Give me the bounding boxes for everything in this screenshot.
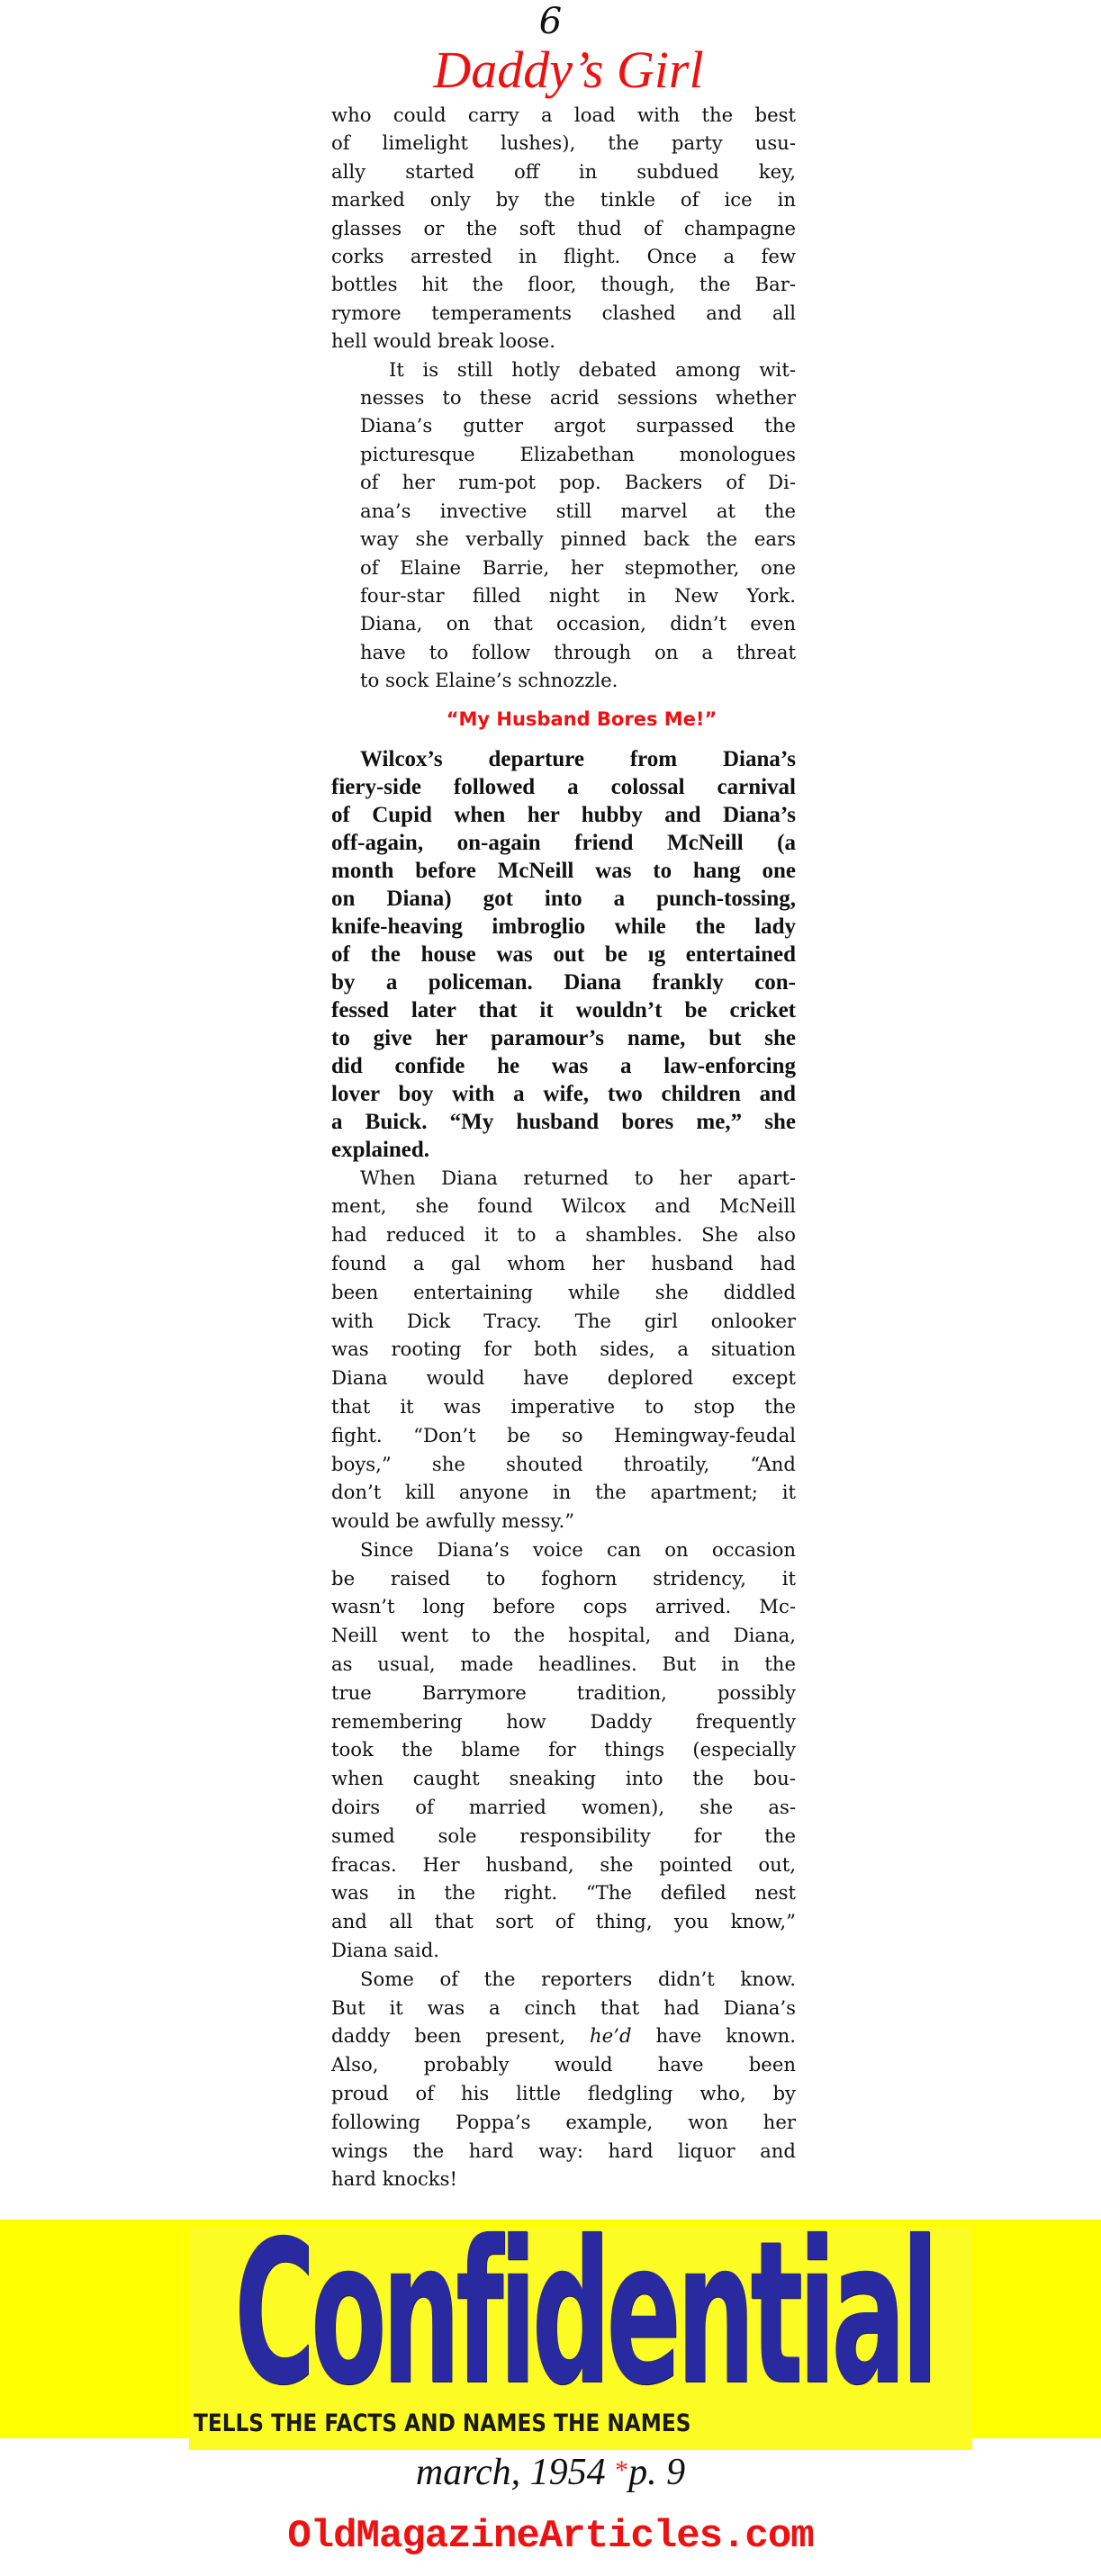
text-line: on Diana) got into a punch-tossing,: [331, 885, 796, 913]
text-line: ally started off in subdued key,: [331, 158, 796, 185]
text-line: But it was a cinch that had Diana’s: [331, 1994, 796, 2022]
text-line: as usual, made headlines. But in the: [331, 1650, 796, 1679]
text-line: fessed later that it wouldn’t be cricket: [331, 996, 796, 1024]
text-line: proud of his little fledgling who, by: [331, 2079, 796, 2108]
text-line: sumed sole responsibility for the: [331, 1822, 796, 1851]
text-line: off-again, on-again friend McNeill (a: [331, 829, 796, 857]
section-1: who could carry a load with the best of …: [331, 101, 796, 695]
text-line: wasn’t long before cops arrived. Mc-: [331, 1592, 796, 1621]
text-line: found a gal whom her husband had: [331, 1249, 796, 1278]
text-line: had reduced it to a shambles. She also: [331, 1220, 796, 1249]
masthead-logo: Confidential: [194, 2223, 973, 2403]
text-line: to give her paramour’s name, but she: [331, 1024, 796, 1052]
paragraph: Some of the reporters didn’t know. But i…: [331, 1965, 796, 2193]
text-line: bottles hit the floor, though, the Bar-: [331, 270, 796, 298]
text-line: don’t kill anyone in the apartment; it: [331, 1478, 796, 1507]
article-title: Daddy’s Girl: [18, 41, 1101, 99]
text-line: of her rum-pot pop. Backers of Di-: [331, 468, 796, 496]
text-line: glasses or the soft thud of champagne: [331, 214, 796, 242]
paragraph: When Diana returned to her apart- ment, …: [331, 1164, 796, 1536]
text-line: of Elaine Barrie, her stepmother, one: [331, 554, 796, 581]
section-subhead: “My Husband Bores Me!”: [367, 706, 796, 733]
text-line: and all that sort of thing, you know,”: [331, 1907, 796, 1936]
text-line: knife-heaving imbroglio while the lady: [331, 913, 796, 941]
text-line: remembering how Daddy frequently: [331, 1707, 796, 1736]
article-body: who could carry a load with the best of …: [331, 101, 796, 2193]
text-line: wings the hard way: hard liquor and: [331, 2137, 796, 2166]
section-2: Wilcox’s departure from Diana’s fiery-si…: [331, 745, 796, 1164]
text-line: fracas. Her husband, she pointed out,: [331, 1851, 796, 1879]
text-line: would be awfully messy.”: [331, 1507, 796, 1536]
text-line: Some of the reporters didn’t know.: [331, 1965, 796, 1994]
text-line: following Poppa’s example, won her: [331, 2108, 796, 2137]
text-line: took the blame for things (especially: [331, 1735, 796, 1764]
text-line: to sock Elaine’s schnozzle.: [331, 666, 796, 694]
text-line: nesses to these acrid sessions whether: [331, 383, 796, 411]
paragraph: It is still hotly debated among wit- nes…: [331, 356, 796, 695]
page-number: 6: [0, 2, 1101, 41]
text-line: explained.: [331, 1136, 796, 1164]
text-line: of the house was out be ıg entertained: [331, 941, 796, 968]
text-line: boys,” she shouted throatily, “And: [331, 1450, 796, 1479]
section-3: When Diana returned to her apart- ment, …: [331, 1164, 796, 2194]
text-line: ment, she found Wilcox and McNeill: [331, 1192, 796, 1220]
text-line: When Diana returned to her apart-: [331, 1164, 796, 1193]
text-line: that it was imperative to stop the: [331, 1392, 796, 1421]
text-line: Diana would have deplored except: [331, 1364, 796, 1392]
text-line: Diana’s gutter argot surpassed the: [331, 411, 796, 439]
paragraph: Wilcox’s departure from Diana’s fiery-si…: [331, 745, 796, 1164]
emphasis: he’d: [590, 2024, 631, 2047]
text-line: be raised to foghorn stridency, it: [331, 1564, 796, 1593]
text-line: month before McNeill was to hang one: [331, 857, 796, 885]
text-line: true Barrymore tradition, possibly: [331, 1679, 796, 1707]
text-line: rymore temperaments clashed and all: [331, 299, 796, 327]
issue-page: p. 9: [628, 2452, 685, 2493]
text-line: picturesque Elizabethan monologues: [331, 440, 796, 468]
text-line: Also, probably would have been: [331, 2050, 796, 2079]
text-line: way she verbally pinned back the ears: [331, 525, 796, 553]
text-line: hard knocks!: [331, 2165, 796, 2193]
text-line: of limelight lushes), the party usu-: [331, 129, 796, 157]
paragraph: Since Diana’s voice can on occasion be r…: [331, 1536, 796, 1965]
issue-dateline: march, 1954 *p. 9: [0, 2448, 1101, 2495]
text-line: by a policeman. Diana frankly con-: [331, 968, 796, 996]
text-line: been entertaining while she diddled: [331, 1278, 796, 1307]
text-line: with Dick Tracy. The girl onlooker: [331, 1307, 796, 1336]
text-line: It is still hotly debated among wit-: [331, 356, 796, 383]
text-line: Diana, on that occasion, didn’t even: [331, 609, 796, 637]
source-site-watermark: OldMagazineArticles.com: [0, 2511, 1101, 2562]
text-line: lover boy with a wife, two children and: [331, 1080, 796, 1108]
text-line: hell would break loose.: [331, 327, 796, 355]
text-line: four-star filled night in New York.: [331, 581, 796, 609]
text-line: was rooting for both sides, a situation: [331, 1335, 796, 1364]
text-line: fight. “Don’t be so Hemingway-feudal: [331, 1421, 796, 1450]
paragraph: who could carry a load with the best of …: [331, 101, 796, 356]
text-line: fiery-side followed a colossal carnival: [331, 773, 796, 801]
text-line: marked only by the tinkle of ice in: [331, 185, 796, 213]
text-line: of Cupid when her hubby and Diana’s: [331, 801, 796, 829]
text-line: Since Diana’s voice can on occasion: [331, 1536, 796, 1564]
text-line: Neill went to the hospital, and Diana,: [331, 1621, 796, 1650]
text-line: was in the right. “The defiled nest: [331, 1878, 796, 1907]
text-line: daddy been present, he’d have known.: [331, 2022, 796, 2050]
text-line: did confide he was a law-enforcing: [331, 1052, 796, 1080]
masthead-tagline: TELLS THE FACTS AND NAMES THE NAMES: [194, 2409, 690, 2437]
text-line: who could carry a load with the best: [331, 101, 796, 129]
text-line: Wilcox’s departure from Diana’s: [331, 745, 796, 773]
text-line: Diana said.: [331, 1936, 796, 1965]
text-line: have to follow through on a threat: [331, 638, 796, 666]
text-line: corks arrested in flight. Once a few: [331, 242, 796, 270]
text-line: doirs of married women), she as-: [331, 1793, 796, 1822]
text-line: ana’s invective still marvel at the: [331, 497, 796, 525]
asterisk-separator-icon: *: [615, 2455, 628, 2485]
issue-date: march, 1954: [416, 2452, 606, 2493]
text-line: a Buick. “My husband bores me,” she: [331, 1108, 796, 1136]
text-line: when caught sneaking into the bou-: [331, 1764, 796, 1793]
